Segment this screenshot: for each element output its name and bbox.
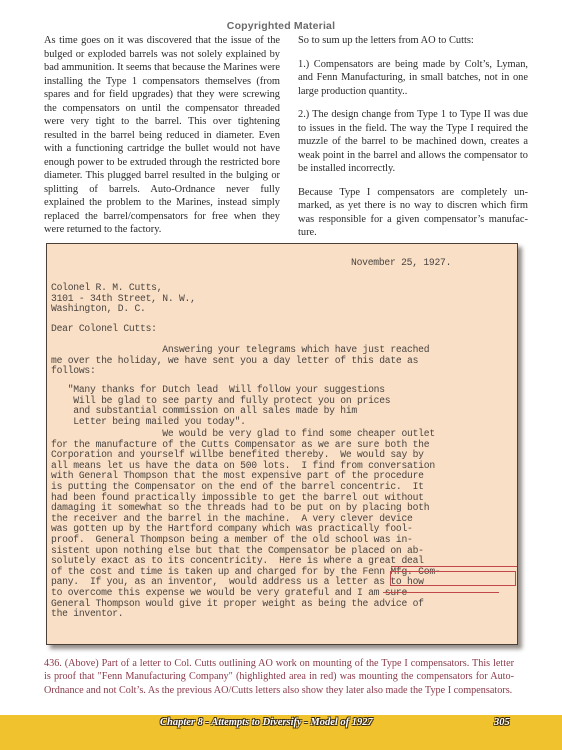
figure-caption: 436. (Above) Part of a letter to Col. Cu… (44, 657, 514, 697)
letter-quote: "Many thanks for Dutch lead Will follow … (51, 385, 390, 427)
left-text-column: As time goes on it was discovered that t… (44, 34, 280, 247)
paragraph: Because Type I compensators are complete… (298, 186, 528, 240)
paragraph: 1.) Compensators are being made by Colt’… (298, 58, 528, 99)
letter-address: Colonel R. M. Cutts, 3101 - 34th Street,… (51, 283, 196, 315)
page-number: 305 (494, 717, 510, 728)
chapter-title: Chapter 8 - Attempts to Diversify - Mode… (160, 717, 373, 728)
letter-date: November 25, 1927. (351, 258, 451, 269)
copyright-watermark: Copyrighted Material (0, 20, 562, 32)
red-strike-line (391, 566, 517, 567)
paragraph: As time goes on it was discovered that t… (44, 34, 280, 237)
letter-image: November 25, 1927. Colonel R. M. Cutts, … (46, 243, 518, 645)
red-highlight-box (390, 571, 516, 586)
letter-body-intro: Answering your telegrams which have just… (51, 345, 429, 377)
letter-salutation: Dear Colonel Cutts: (51, 324, 157, 335)
right-text-column: So to sum up the letters from AO to Cutt… (298, 34, 528, 250)
red-strike-line (383, 592, 499, 593)
page-footer: Chapter 8 - Attempts to Diversify - Mode… (0, 715, 562, 750)
paragraph: 2.) The design change from Type 1 to Typ… (298, 108, 528, 176)
paragraph: So to sum up the letters from AO to Cutt… (298, 34, 528, 48)
